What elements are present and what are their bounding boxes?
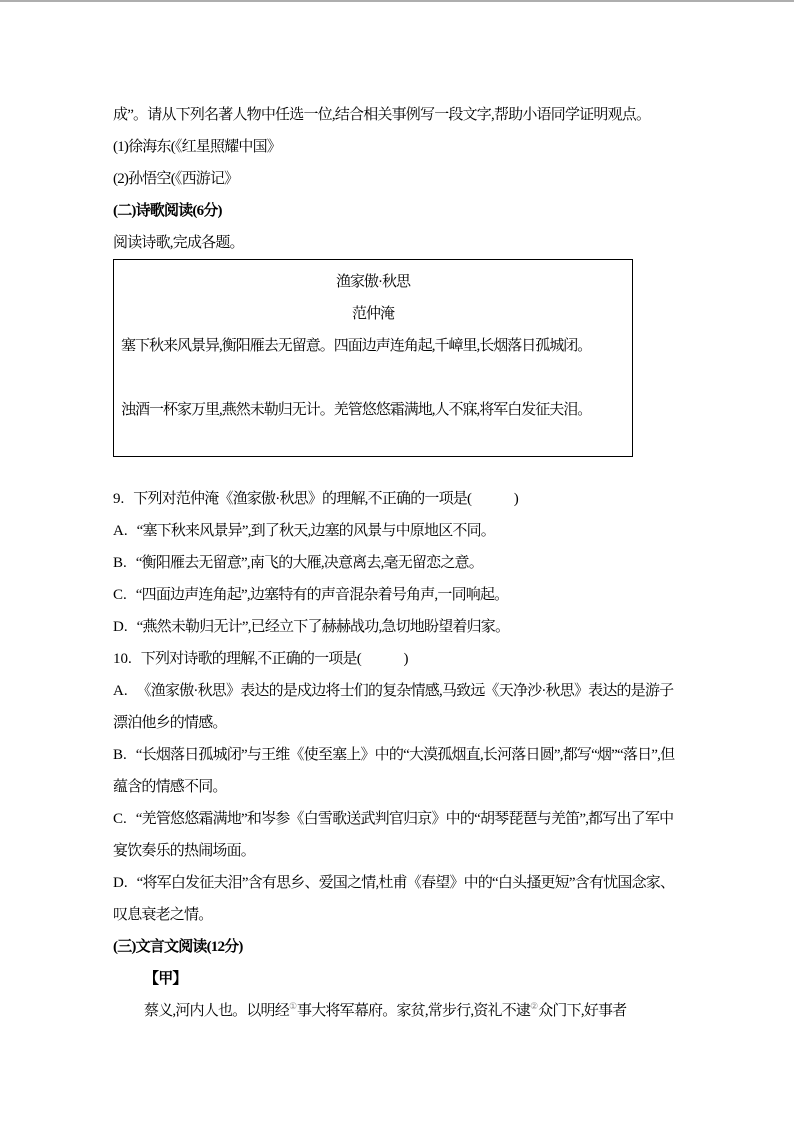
option-label: C. (113, 587, 127, 603)
question-10-option-d: D.“将军白发征夫泪”含有思乡、爱国之情,杜甫《春望》中的“白头搔更短”含有忧国… (113, 867, 681, 931)
question-10-option-b: B.“长烟落日孤城闭”与王维《使至塞上》中的“大漠孤烟直,长河落日圆”,都写“烟… (113, 739, 681, 803)
reading-instruction: 阅读诗歌,完成各题。 (113, 227, 681, 259)
document-page: 成”。请从下列名著人物中任选一位,结合相关事例写一段文字,帮助小语同学证明观点。… (0, 0, 794, 1123)
question-10-number: 10. (113, 651, 132, 667)
poem-line-1: 塞下秋来风景异,衡阳雁去无留意。四面边声连角起,千嶂里,长烟落日孤城闭。 (121, 330, 625, 362)
option-label: D. (113, 875, 128, 891)
passage-label: 【甲】 (113, 963, 681, 995)
question-9-option-c: C.“四面边声连角起”,边塞特有的声音混杂着号角声,一同响起。 (113, 579, 681, 611)
option-text: “羌管悠悠霜满地”和岑参《白雪歌送武判官归京》中的“胡琴琵琶与羌笛”,都写出了军… (113, 811, 673, 859)
option-text: “四面边声连角起”,边塞特有的声音混杂着号角声,一同响起。 (136, 587, 509, 603)
passage-text: 蔡义,河内人也。以明经①事大将军幕府。家贫,常步行,资礼不逮②众门下,好事者 (113, 995, 681, 1027)
poem-line-2: 浊酒一杯家万里,燕然未勒归无计。羌管悠悠霜满地,人不寐,将军白发征夫泪。 (121, 394, 625, 426)
option-label: D. (113, 619, 128, 635)
option-text: 《渔家傲·秋思》表达的是戍边将士们的复杂情感,马致远《天净沙·秋思》表达的是游子… (113, 683, 673, 731)
option-label: A. (113, 523, 128, 539)
section-heading-classical: (三)文言文阅读(12分) (113, 931, 681, 963)
footnote-marker-2: ② (530, 1001, 538, 1011)
option-text: “长烟落日孤城闭”与王维《使至塞上》中的“大漠孤烟直,长河落日圆”,都写“烟”“… (113, 747, 674, 795)
option-text: “衡阳雁去无留意”,南飞的大雁,决意离去,毫无留恋之意。 (136, 555, 483, 571)
section-heading-poetry: (二)诗歌阅读(6分) (113, 195, 681, 227)
question-10-option-c: C.“羌管悠悠霜满地”和岑参《白雪歌送武判官归京》中的“胡琴琵琶与羌笛”,都写出… (113, 803, 681, 867)
option-label: A. (113, 683, 128, 699)
question-10-stem-row: 10.下列对诗歌的理解,不正确的一项是( ) (113, 643, 681, 675)
question-9-stem-row: 9.下列对范仲淹《渔家傲·秋思》的理解,不正确的一项是( ) (113, 483, 681, 515)
poem-author: 范仲淹 (121, 298, 625, 330)
question-9-number: 9. (113, 491, 124, 507)
poem-blank-line (121, 362, 625, 394)
option-label: C. (113, 811, 127, 827)
question-9-option-a: A.“塞下秋来风景异”,到了秋天,边塞的风景与中原地区不同。 (113, 515, 681, 547)
poem-box: 渔家傲·秋思 范仲淹 塞下秋来风景异,衡阳雁去无留意。四面边声连角起,千嶂里,长… (113, 259, 633, 457)
poem-title: 渔家傲·秋思 (121, 266, 625, 298)
option-text: “燕然未勒归无计”,已经立下了赫赫战功,急切地盼望着归家。 (137, 619, 510, 635)
question-9-option-b: B.“衡阳雁去无留意”,南飞的大雁,决意离去,毫无留恋之意。 (113, 547, 681, 579)
option-text: “塞下秋来风景异”,到了秋天,边塞的风景与中原地区不同。 (137, 523, 495, 539)
option-text: “将军白发征夫泪”含有思乡、爱国之情,杜甫《春望》中的“白头搔更短”含有忧国念家… (113, 875, 674, 923)
intro-paragraph: 成”。请从下列名著人物中任选一位,结合相关事例写一段文字,帮助小语同学证明观点。 (113, 99, 681, 131)
question-9-stem: 下列对范仲淹《渔家傲·秋思》的理解,不正确的一项是( ) (133, 491, 518, 507)
question-10-option-a: A.《渔家傲·秋思》表达的是戍边将士们的复杂情感,马致远《天净沙·秋思》表达的是… (113, 675, 681, 739)
passage-segment: 事大将军幕府。家贫,常步行,资礼不逮 (297, 1003, 530, 1019)
choice-item-1: (1)徐海东(《红星照耀中国》 (113, 131, 681, 163)
question-10-stem: 下列对诗歌的理解,不正确的一项是( ) (141, 651, 408, 667)
passage-segment: 众门下,好事者 (538, 1003, 626, 1019)
option-label: B. (113, 747, 127, 763)
option-label: B. (113, 555, 127, 571)
choice-item-2: (2)孙悟空(《西游记》 (113, 163, 681, 195)
passage-segment: 蔡义,河内人也。以明经 (144, 1003, 289, 1019)
question-9-option-d: D.“燕然未勒归无计”,已经立下了赫赫战功,急切地盼望着归家。 (113, 611, 681, 643)
footnote-marker-1: ① (289, 1001, 297, 1011)
